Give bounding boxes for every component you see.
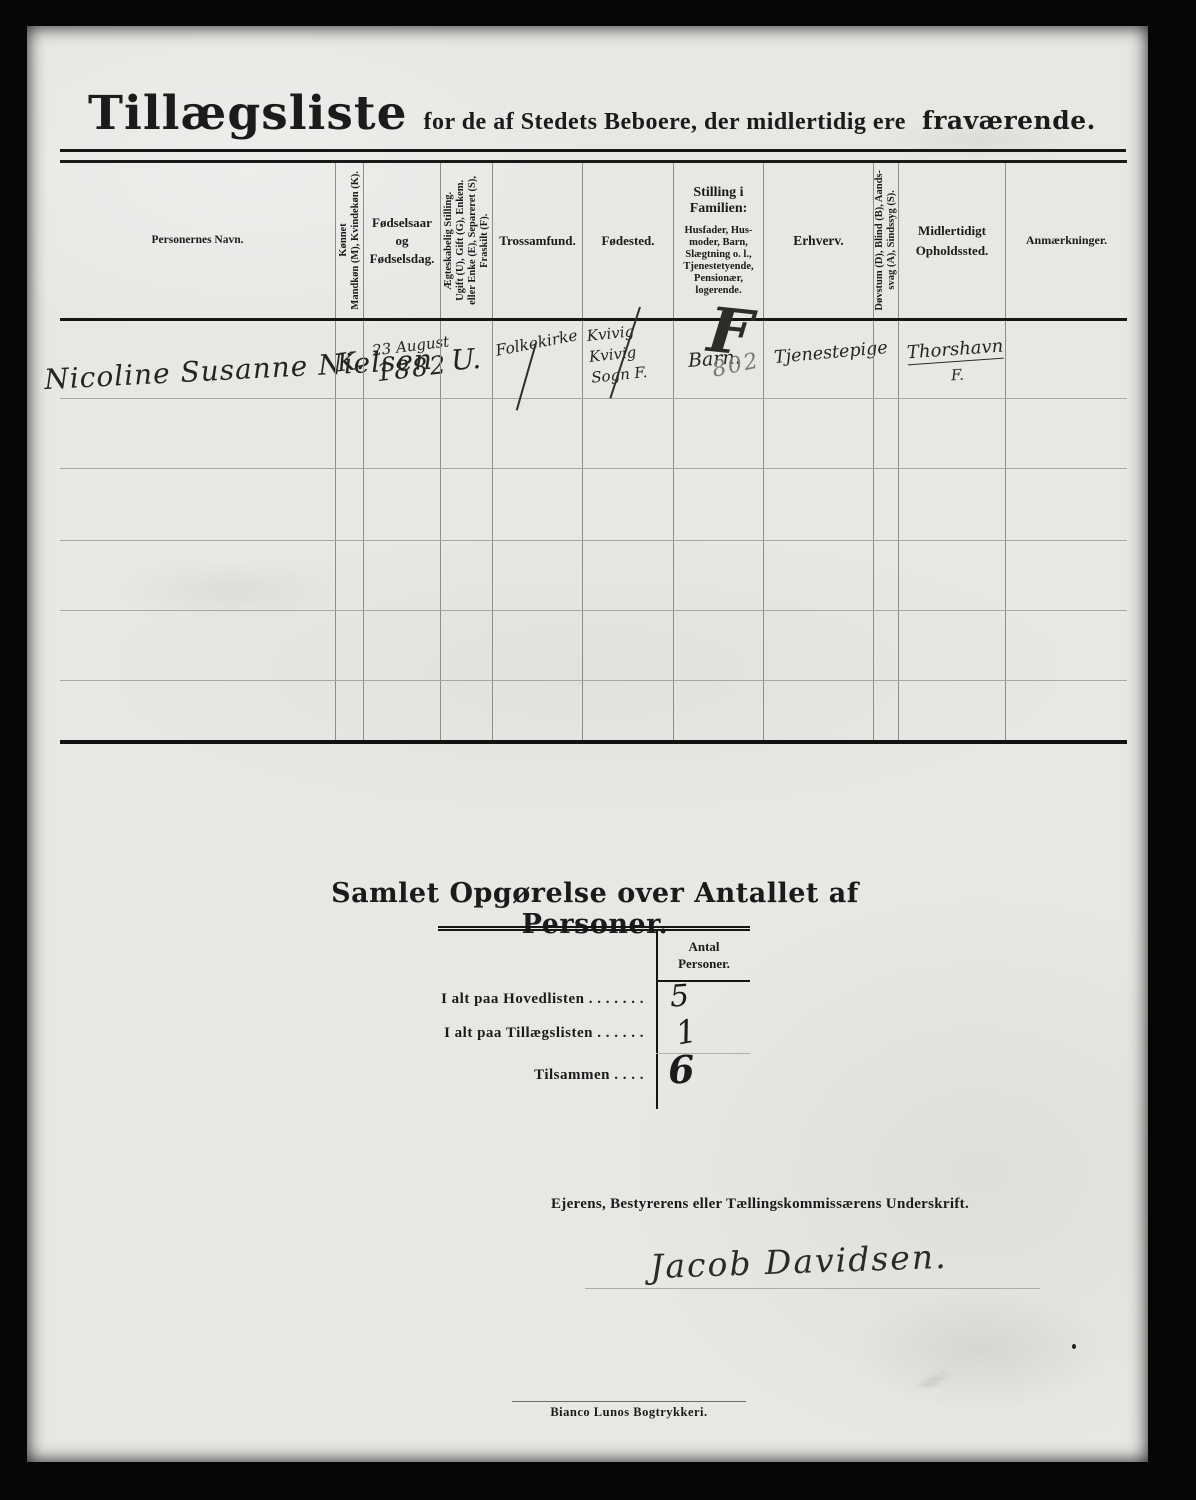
title-main: Tillægsliste [88,86,407,141]
title-subtitle-emphasis: fraværende. [922,106,1096,135]
entry-sex: K. [336,346,366,378]
table-row-empty [60,681,1127,740]
table-row-empty [60,541,1127,611]
scanned-census-page: { "page": { "title": "Tillægsliste", "su… [0,0,1196,1500]
table-row: Nicoline Susanne Nielsen K. 23 August 18… [60,321,1127,399]
summary-table: Antal Personer. I alt paa Hovedlisten . … [438,926,750,1104]
printer-imprint: Bianco Lunos Bogtrykkeri. [502,1405,756,1420]
col-header-name: Personernes Navn. [60,163,335,318]
summary-label-hovedlisten: I alt paa Hovedlisten . . . . . . . [438,991,650,1008]
title-subtitle: for de af Stedets Beboere, der midlertid… [423,109,905,136]
entry-temporary-residence: Thorshavn [906,336,1004,366]
census-table: Personernes Navn. Kønnet Mandkøn (M), Kv… [60,160,1127,744]
col-header-sex: Kønnet Mandkøn (M), Kvindekøn (K). [338,171,362,310]
title-rule [60,149,1126,152]
col-header-religion: Trossamfund. [492,163,582,318]
summary-label-tilsammen: Tilsammen . . . . [438,1067,650,1084]
col-header-residence: Midlertidigt Opholdssted. [898,163,1005,318]
ink-dot [1072,1344,1076,1349]
col-header-disability: Døvstum (D), Blind (B), Aands- svag (A),… [874,170,898,311]
summary-value-hovedlisten: 5 [669,978,690,1014]
page-title: Tillægsliste for de af Stedets Beboere, … [88,86,1096,141]
table-row-empty [60,469,1127,541]
entry-temporary-residence-sub: F. [950,366,964,385]
summary-divider [656,931,658,1109]
table-header-row: Personernes Navn. Kønnet Mandkøn (M), Kv… [60,163,1127,321]
summary-label-tillaegslisten: I alt paa Tillægslisten . . . . . . [438,1025,650,1042]
signature-label: Ejerens, Bestyrerens eller Tællingskommi… [520,1196,1000,1213]
table-row-empty [60,399,1127,469]
col-header-birth: Fødselsaar og Fødselsdag. [363,163,440,318]
table-row-empty [60,611,1127,681]
entry-occupation: Tjenestepige [773,338,888,368]
col-header-birthplace: Fødested. [582,163,673,318]
col-header-marital: Ægteskabelig Stilling. Ugift (U), Gift (… [443,176,491,305]
col-header-remarks: Anmærkninger. [1005,163,1127,318]
signature-line [585,1288,1040,1289]
entry-marital: U. [450,342,482,377]
col-header-family-sub: Husfader, Hus- moder, Barn, Slægtning o.… [683,225,753,297]
summary-value-tilsammen: 6 [667,1046,696,1092]
col-header-occupation: Erhverv. [763,163,873,318]
printer-rule [512,1401,746,1402]
col-header-family-title: Stilling i Familien: [690,185,748,217]
summary-column-header: Antal Personer. [660,938,748,972]
